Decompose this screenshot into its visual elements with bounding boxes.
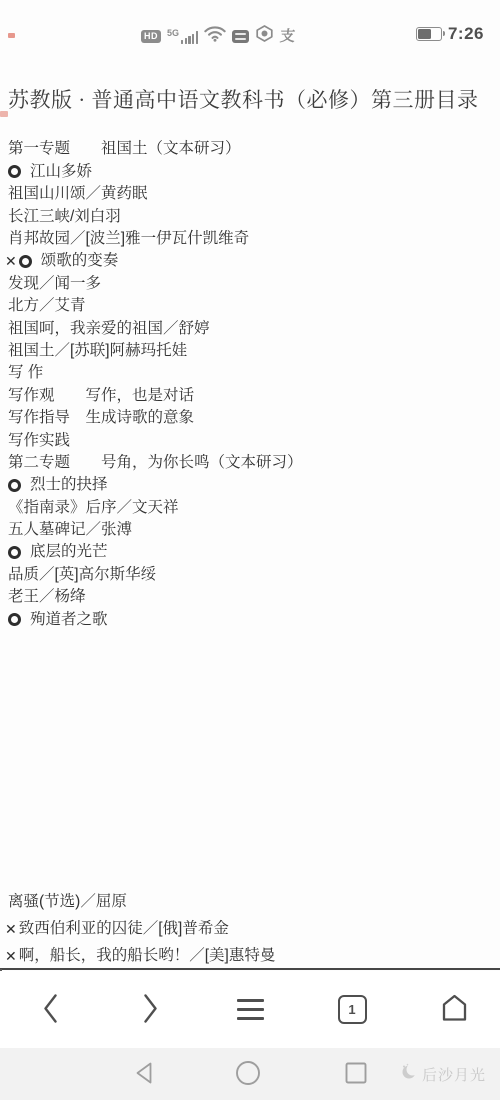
toc-row: 写作实践 (8, 429, 496, 451)
signal-bars-icon: 5G (167, 29, 198, 44)
alipay-icon: 支 (279, 29, 296, 44)
toc-entry-text: 长江三峡/刘白羽 (8, 209, 121, 225)
network-type-label: 5G (167, 29, 179, 38)
clock-text: 7:26 (448, 24, 484, 44)
photo-artifact-red (0, 111, 8, 117)
wifi-icon (204, 25, 226, 47)
browser-menu-button[interactable] (226, 971, 274, 1048)
toc-row: 五人墓碑记／张溥 (8, 519, 496, 541)
watermark-text: 后沙月光 (422, 1064, 486, 1085)
hamburger-menu-icon (237, 999, 264, 1020)
browser-home-button[interactable] (430, 971, 478, 1048)
browser-toolbar: 1 (0, 971, 500, 1048)
toc-row: ✕啊，船长，我的船长哟！／[美]惠特曼 (8, 942, 496, 969)
toc-row: 发现／闻一多 (8, 272, 496, 294)
toc-entry-text: 北方／艾青 (8, 298, 86, 314)
ring-bullet-icon (8, 613, 21, 626)
toc-entry-text: 祖国山川颂／黄药眠 (8, 186, 148, 202)
toc-row: 写作指导 生成诗歌的意象 (8, 407, 496, 429)
toc-row: 北方／艾青 (8, 295, 496, 317)
toc-row: ✕致西伯利亚的囚徒／[俄]普希金 (8, 915, 496, 942)
watermark: 后沙月光 (401, 1048, 486, 1100)
square-icon (344, 1061, 368, 1088)
toc-row: 底层的光芒 (8, 541, 496, 563)
toc-entry-text: 烈士的抉择 (30, 477, 108, 493)
toc-list-top: 第一专题 祖国土（文本研习）江山多娇祖国山川颂／黄药眠长江三峡/刘白羽肖邦故园／… (8, 138, 496, 631)
toc-entry-text: 写 作 (8, 365, 43, 381)
toc-row: 烈士的抉择 (8, 474, 496, 496)
cross-marker-icon: ✕ (5, 949, 17, 963)
toc-entry-text: 第二专题 号角，为你长鸣（文本研习） (8, 455, 303, 471)
toc-row: 祖国呵，我亲爱的祖国／舒婷 (8, 317, 496, 339)
toc-entry-text: 老王／杨绛 (8, 589, 86, 605)
photo-artifact-red (8, 33, 15, 38)
page-title: 苏教版 · 普通高中语文教科书（必修）第三册目录 (8, 84, 500, 114)
android-recents-button[interactable] (336, 1048, 376, 1100)
dark-app-badge-icon (232, 30, 249, 43)
hd-badge-icon: HD (141, 30, 161, 43)
toc-entry-text: 祖国呵，我亲爱的祖国／舒婷 (8, 321, 210, 337)
toc-row: 祖国山川颂／黄药眠 (8, 183, 496, 205)
toc-row: 第二专题 号角，为你长鸣（文本研习） (8, 451, 496, 473)
toc-entry-text: 离骚(节选)／屈原 (8, 894, 127, 910)
toc-entry-text: 祖国土／[苏联]阿赫玛托娃 (8, 343, 187, 359)
toc-entry-text: 品质／[英]高尔斯华绥 (8, 567, 156, 583)
toc-row: 写作观 写作，也是对话 (8, 384, 496, 406)
toc-row: 离骚(节选)／屈原 (8, 888, 496, 915)
toc-entry-text: 写作指导 生成诗歌的意象 (8, 410, 194, 426)
toc-entry-text: 写作实践 (8, 433, 70, 449)
ring-bullet-icon (19, 255, 32, 268)
ring-bullet-icon (8, 479, 21, 492)
ring-bullet-icon (8, 546, 21, 559)
phone-screen: HD 5G 支 (0, 0, 500, 1100)
battery-icon (416, 27, 442, 41)
ring-bullet-icon (8, 165, 21, 178)
toc-entry-text: 江山多娇 (30, 164, 92, 180)
android-nav-bar: 后沙月光 (0, 1048, 500, 1100)
toc-list-bottom: 离骚(节选)／屈原✕致西伯利亚的囚徒／[俄]普希金✕啊，船长，我的船长哟！／[美… (8, 888, 496, 969)
tab-count-icon: 1 (338, 995, 367, 1024)
toc-row: 祖国土／[苏联]阿赫玛托娃 (8, 340, 496, 362)
toc-entry-text: 五人墓碑记／张溥 (8, 522, 132, 538)
toc-entry-text: 殉道者之歌 (30, 612, 108, 628)
toc-entry-text: 颂歌的变奏 (41, 253, 119, 269)
toc-entry-text: 《指南录》后序／文天祥 (8, 500, 179, 516)
hexagon-lock-icon (255, 25, 274, 47)
cross-marker-icon: ✕ (5, 254, 17, 268)
toc-entry-text: 肖邦故园／[波兰]雅一伊瓦什凯维奇 (8, 231, 249, 247)
toc-row: 品质／[英]高尔斯华绥 (8, 563, 496, 585)
toc-row: 江山多娇 (8, 160, 496, 182)
toc-entry-text: 发现／闻一多 (8, 276, 101, 292)
browser-back-button[interactable] (28, 971, 72, 1048)
toc-entry-text: 第一专题 祖国土（文本研习） (8, 141, 241, 157)
browser-forward-button[interactable] (128, 971, 172, 1048)
toc-row: 《指南录》后序／文天祥 (8, 496, 496, 518)
android-home-button[interactable] (228, 1048, 268, 1100)
browser-tabs-button[interactable]: 1 (328, 971, 376, 1048)
toc-row: 长江三峡/刘白羽 (8, 205, 496, 227)
toc-entry-text: 写作观 写作，也是对话 (8, 388, 194, 404)
cross-marker-icon: ✕ (5, 922, 17, 936)
status-right-group: 7:26 (416, 24, 484, 44)
toc-entry-text: 啊，船长，我的船长哟！／[美]惠特曼 (19, 948, 276, 964)
toc-row: 写 作 (8, 362, 496, 384)
toc-entry-text: 底层的光芒 (30, 544, 108, 560)
chevron-right-icon (143, 993, 158, 1027)
chevron-left-icon (43, 993, 58, 1027)
status-bar: HD 5G 支 (0, 0, 500, 56)
home-icon (441, 993, 468, 1026)
toc-row: 老王／杨绛 (8, 586, 496, 608)
status-icons-group: HD 5G 支 (141, 24, 295, 48)
circle-icon (235, 1060, 261, 1089)
toc-row: ✕颂歌的变奏 (8, 250, 496, 272)
toc-entry-text: 致西伯利亚的囚徒／[俄]普希金 (19, 921, 229, 937)
toc-row: 殉道者之歌 (8, 608, 496, 630)
toc-row: 第一专题 祖国土（文本研习） (8, 138, 496, 160)
android-back-button[interactable] (124, 1048, 164, 1100)
crescent-moon-icon (401, 1063, 418, 1085)
triangle-left-icon (134, 1061, 154, 1088)
toc-row: 肖邦故园／[波兰]雅一伊瓦什凯维奇 (8, 228, 496, 250)
